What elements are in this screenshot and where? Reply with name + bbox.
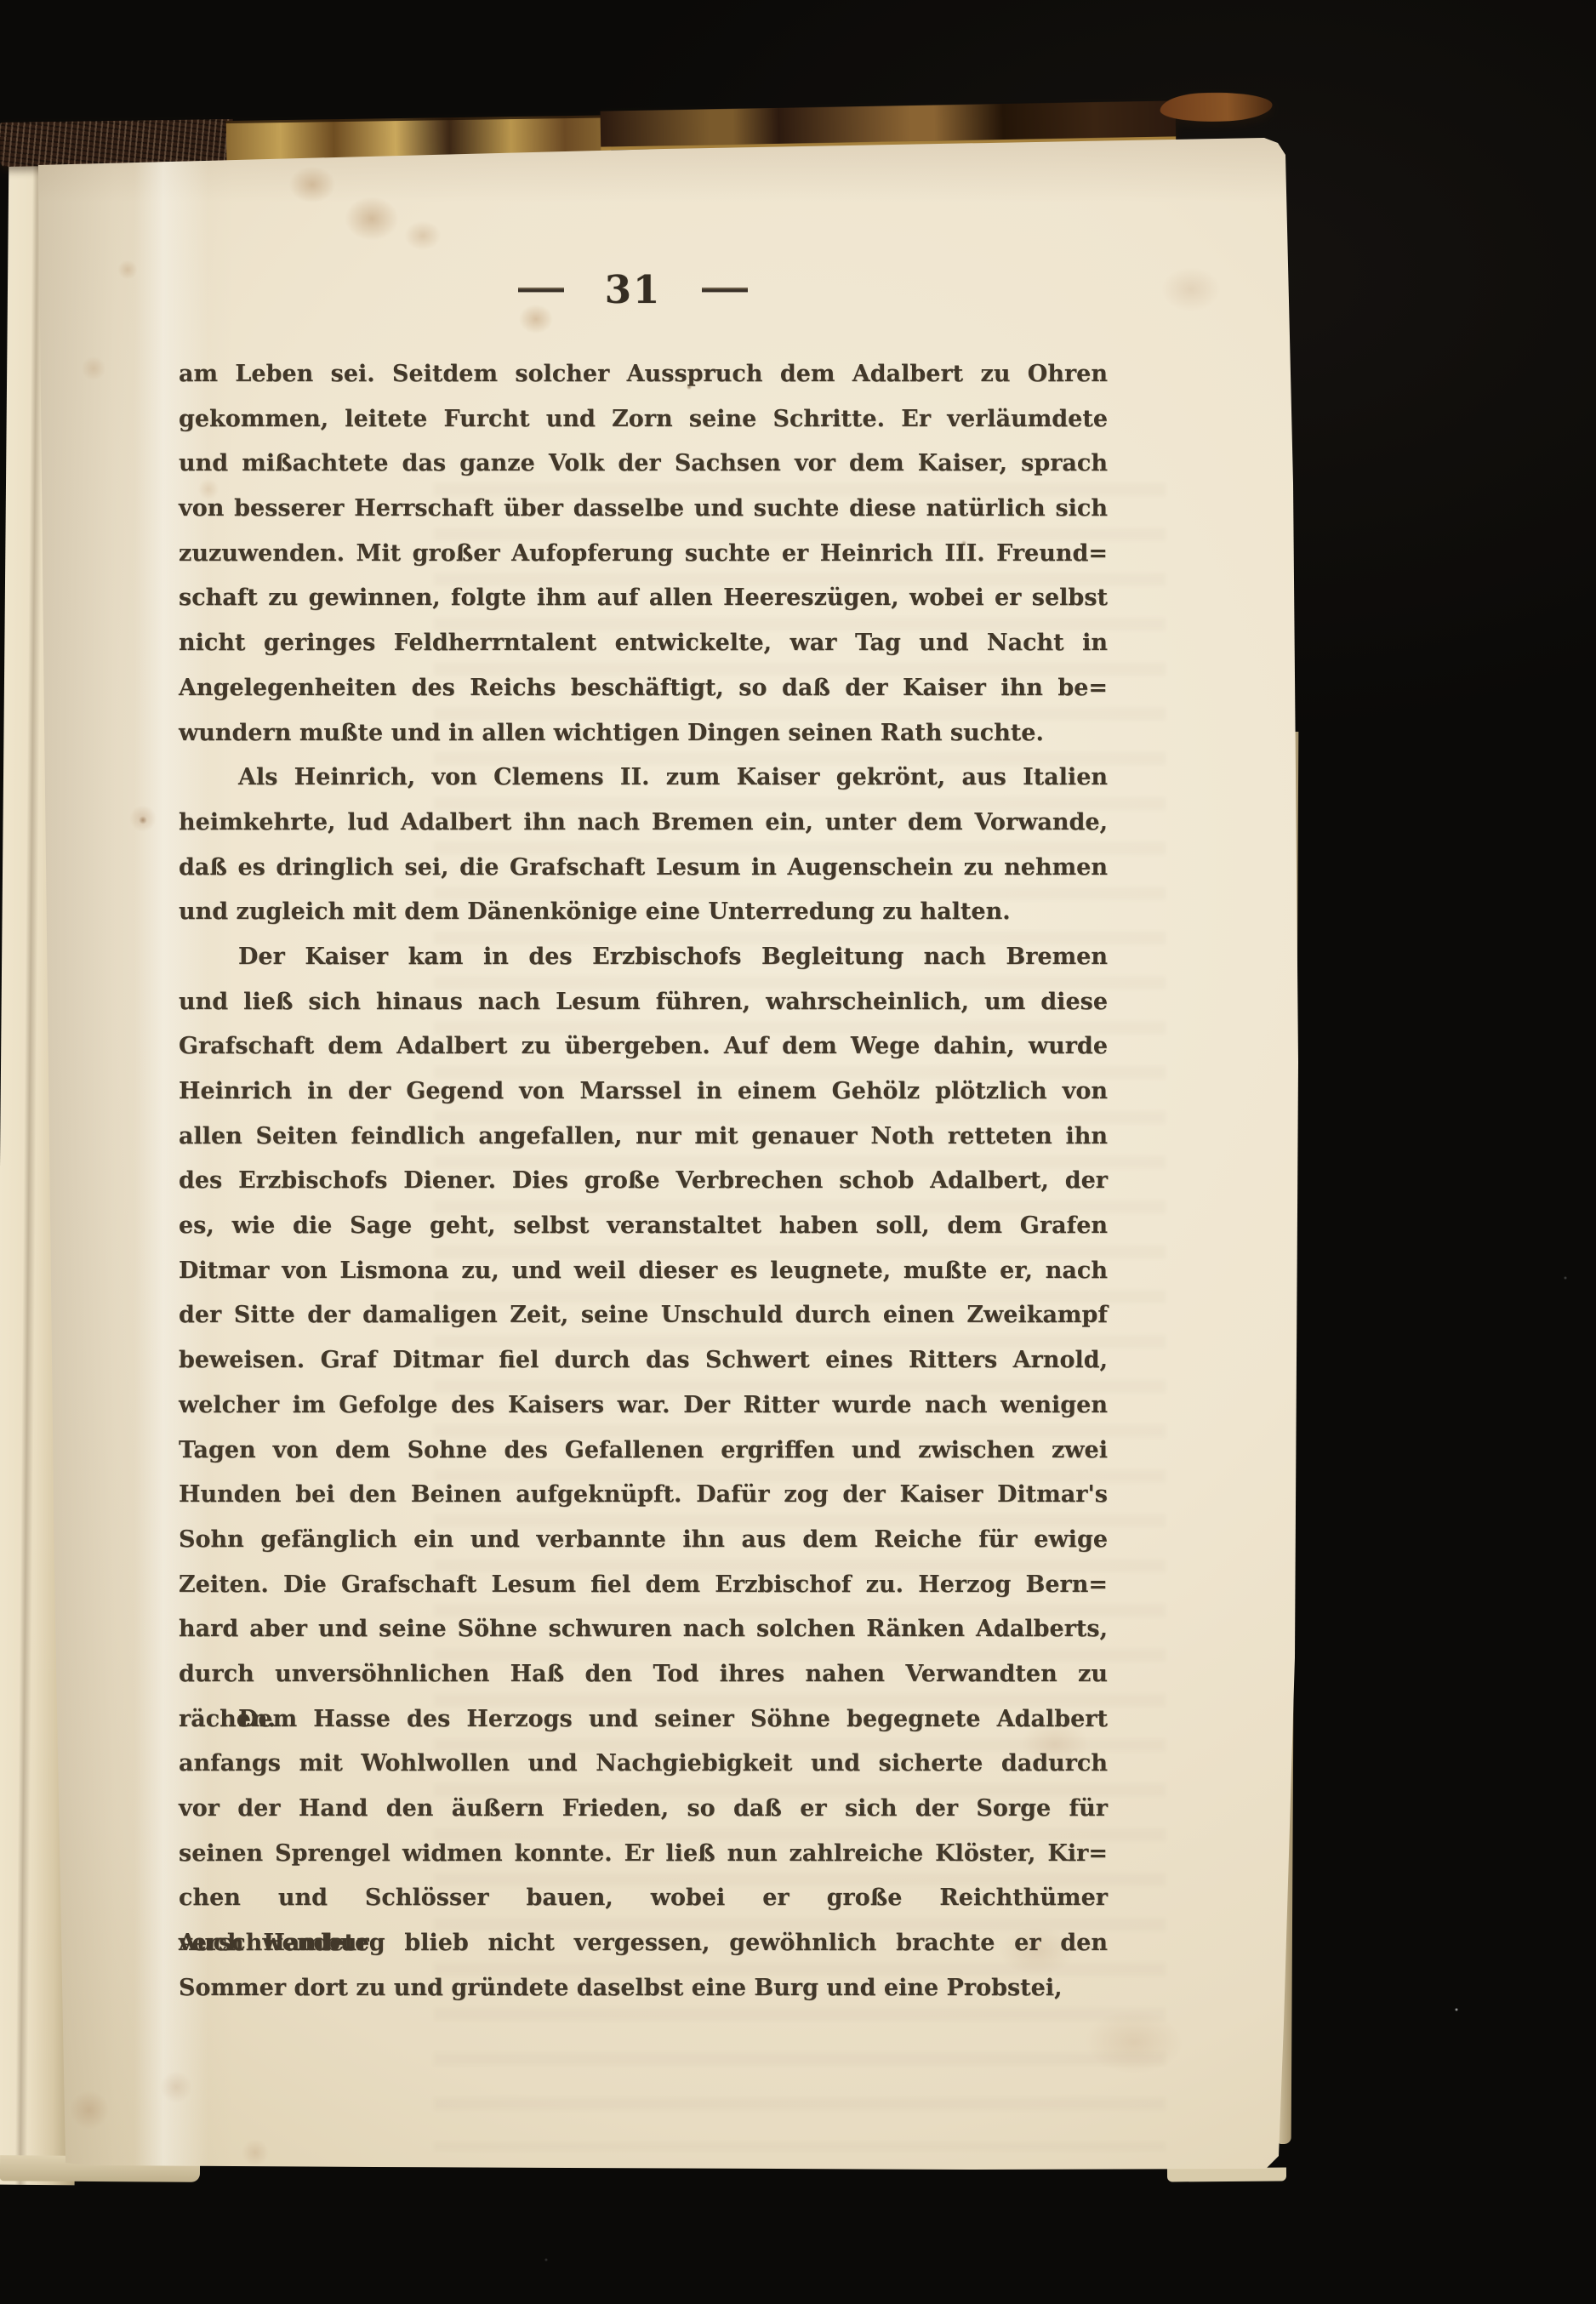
text-line: anfangs mit Wohlwollen und Nachgiebigkei… — [179, 1742, 1108, 1787]
text-line: wundern mußte und in allen wichtigen Din… — [179, 711, 1108, 756]
text-line: Sommer dort zu und gründete daselbst ein… — [179, 1966, 1108, 2011]
text-line: Zeiten. Die Grafschaft Lesum fiel dem Er… — [179, 1563, 1108, 1608]
text-line: zuzuwenden. Mit großer Aufopferung sucht… — [179, 532, 1108, 577]
text-line: nicht geringes Feldherrntalent entwickel… — [179, 621, 1108, 666]
text-line: allen Seiten feindlich angefallen, nur m… — [179, 1115, 1108, 1160]
text-line: durch unversöhnlichen Haß den Tod ihres … — [179, 1652, 1108, 1697]
text-line: Der Kaiser kam in des Erzbischofs Beglei… — [179, 935, 1108, 980]
page-header: 31 — [168, 264, 1097, 315]
text-line: chen und Schlösser bauen, wobei er große… — [179, 1876, 1108, 1921]
page-text: am Leben sei. Seitdem solcher Ausspruch … — [179, 352, 1108, 2010]
scanned-book-photo: { "header": { "page_number": "31", "left… — [0, 0, 1596, 2304]
text-line: und zugleich mit dem Dänenkönige eine Un… — [179, 890, 1108, 935]
header-rule-left — [518, 288, 564, 292]
text-line: vor der Hand den äußern Frieden, so daß … — [179, 1787, 1108, 1832]
page-number: 31 — [605, 267, 662, 312]
book-page: 31 am Leben sei. Seitdem solcher Ausspru… — [34, 126, 1302, 2181]
underlying-page-edge-bottom-right — [1167, 2168, 1286, 2182]
text-line: heimkehrte, lud Adalbert ihn nach Bremen… — [179, 801, 1108, 846]
text-line: Tagen von dem Sohne des Gefallenen ergri… — [179, 1429, 1108, 1474]
text-line: Dem Hasse des Herzogs und seiner Söhne b… — [179, 1697, 1108, 1742]
text-line: Angelegenheiten des Reichs beschäftigt, … — [179, 666, 1108, 711]
text-line: von besserer Herrschaft über dasselbe un… — [179, 487, 1108, 532]
text-line: Als Heinrich, von Clemens II. zum Kaiser… — [179, 756, 1108, 801]
binding-frayed-corner — [1160, 91, 1273, 123]
text-line: Ditmar von Lismona zu, und weil dieser e… — [179, 1249, 1108, 1294]
header-rule-right — [702, 288, 748, 292]
text-line: und ließ sich hinaus nach Lesum führen, … — [179, 980, 1108, 1025]
binding-leather-pebbled — [0, 119, 233, 167]
text-line: gekommen, leitete Furcht und Zorn seine … — [179, 397, 1108, 442]
text-line: des Erzbischofs Diener. Dies große Verbr… — [179, 1159, 1108, 1204]
text-line: schaft zu gewinnen, folgte ihm auf allen… — [179, 576, 1108, 621]
text-line: seinen Sprengel widmen konnte. Er ließ n… — [179, 1832, 1108, 1877]
text-line: Heinrich in der Gegend von Marssel in ei… — [179, 1069, 1108, 1115]
text-line: daß es dringlich sei, die Grafschaft Les… — [179, 846, 1108, 891]
text-line: beweisen. Graf Ditmar fiel durch das Sch… — [179, 1338, 1108, 1383]
text-line: und mißachtete das ganze Volk der Sachse… — [179, 442, 1108, 487]
text-line: Hunden bei den Beinen aufgeknüpft. Dafür… — [179, 1473, 1108, 1518]
text-line: Grafschaft dem Adalbert zu übergeben. Au… — [179, 1024, 1108, 1069]
text-line: der Sitte der damaligen Zeit, seine Unsc… — [179, 1293, 1108, 1338]
text-line: welcher im Gefolge des Kaisers war. Der … — [179, 1383, 1108, 1429]
text-line: es, wie die Sage geht, selbst veranstalt… — [179, 1204, 1108, 1249]
text-line: Auch Hamburg blieb nicht vergessen, gewö… — [179, 1921, 1108, 1966]
text-line: am Leben sei. Seitdem solcher Ausspruch … — [179, 352, 1108, 397]
text-line: Sohn gefänglich ein und verbannte ihn au… — [179, 1518, 1108, 1563]
text-line: hard aber und seine Söhne schwuren nach … — [179, 1607, 1108, 1652]
